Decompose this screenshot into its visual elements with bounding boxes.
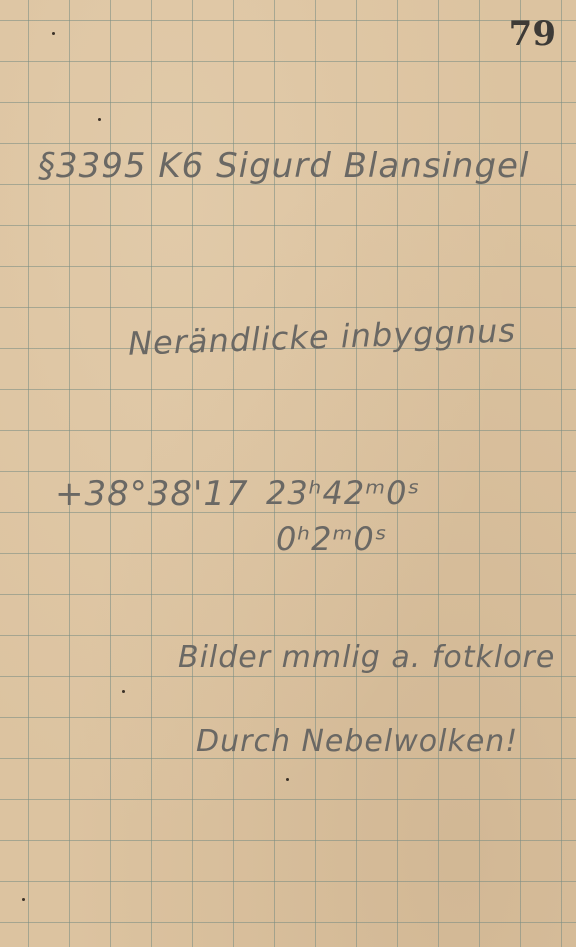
- handwritten-heading: §3395 K6 Sigurd Blansingel: [38, 146, 529, 186]
- handwritten-note-clouds: Durch Nebelwolken!: [196, 724, 518, 759]
- right-ascension-1: 23ʰ42ᵐ0ˢ: [266, 474, 420, 512]
- declination-value: +38°38'17: [55, 474, 249, 514]
- paper-speck: [22, 898, 25, 901]
- notebook-page: 79 §3395 K6 Sigurd Blansingel Nerändlick…: [0, 0, 576, 947]
- paper-speck: [98, 118, 101, 121]
- handwritten-note: Nerändlicke inbyggnus: [127, 311, 516, 363]
- paper-speck: [286, 778, 289, 781]
- handwritten-note-images: Bilder mmlig a. fotklore: [178, 640, 555, 675]
- right-ascension-2: 0ʰ2ᵐ0ˢ: [276, 520, 388, 558]
- page-number: 79: [509, 14, 556, 54]
- paper-speck: [122, 690, 125, 693]
- paper-speck: [52, 32, 55, 35]
